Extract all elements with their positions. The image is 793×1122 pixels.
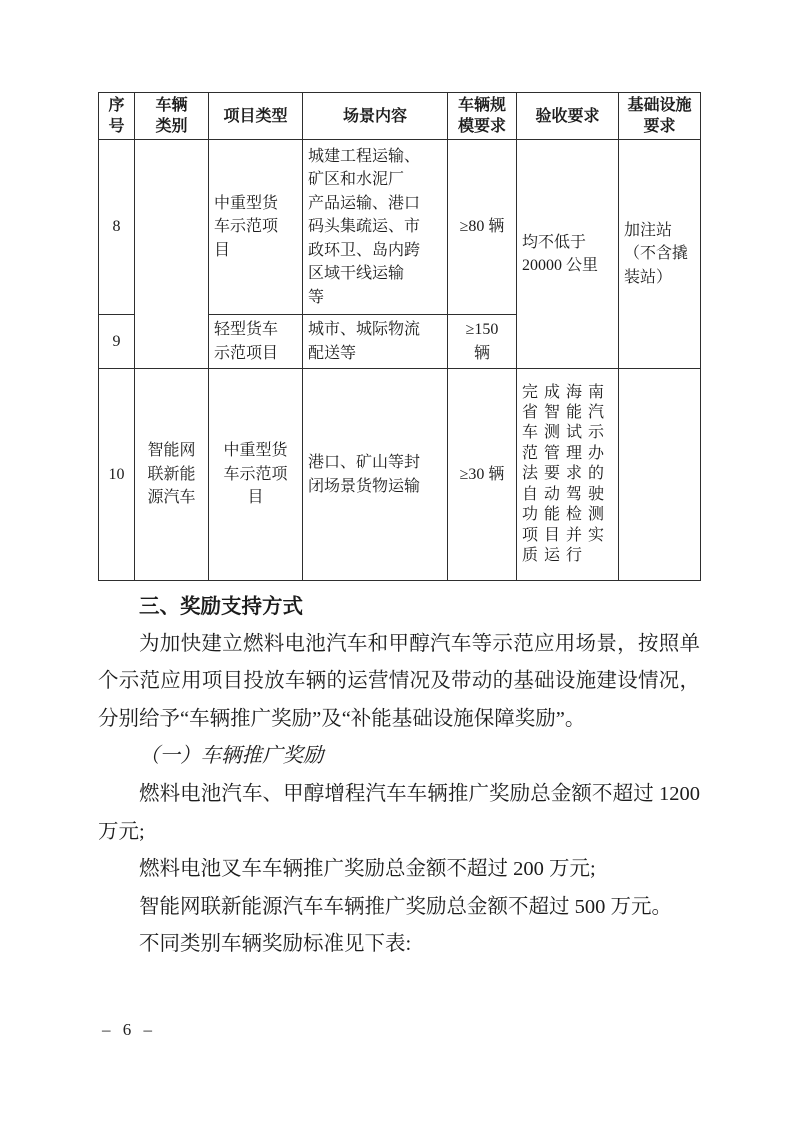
cell-infrastructure-requirement: 加注站 （不含撬 装站） [619, 140, 701, 369]
cell-project-type: 轻型货车 示范项目 [209, 315, 303, 369]
cell-scene-content: 城建工程运输、 矿区和水泥厂 产品运输、港口 码头集疏运、市 政环卫、岛内跨 区… [303, 140, 448, 315]
cell-infrastructure-requirement [619, 369, 701, 581]
page-number: – 6 – [102, 1020, 156, 1040]
section-body: 三、奖励支持方式 为加快建立燃料电池汽车和甲醇汽车等示范应用场景，按照单个示范应… [98, 588, 700, 964]
cell-vehicle-scale: ≥150 辆 [448, 315, 517, 369]
cell-scene-content: 城市、城际物流 配送等 [303, 315, 448, 369]
col-header-vehicle-category: 车辆 类别 [135, 93, 209, 140]
paragraph: 燃料电池叉车车辆推广奖励总金额不超过 200 万元; [98, 851, 700, 889]
col-header-serial-no: 序 号 [99, 93, 135, 140]
cell-serial-no: 8 [99, 140, 135, 315]
table-header-row: 序 号 车辆 类别 项目类型 场景内容 车辆规 模要求 验收要求 基础设施 要求 [99, 93, 701, 140]
table-row-10: 10 智能网 联新能 源汽车 中重型货 车示范项 目 港口、矿山等封 闭场景货物… [99, 369, 701, 581]
cell-vehicle-scale: ≥80 辆 [448, 140, 517, 315]
demo-projects-table: 序 号 车辆 类别 项目类型 场景内容 车辆规 模要求 验收要求 基础设施 要求… [98, 92, 701, 581]
cell-project-type: 中重型货 车示范项 目 [209, 140, 303, 315]
col-header-scene-content: 场景内容 [303, 93, 448, 140]
sub-section-heading: （一）车辆推广奖励 [98, 738, 700, 776]
cell-serial-no: 9 [99, 315, 135, 369]
col-header-acceptance-requirement: 验收要求 [517, 93, 619, 140]
cell-serial-no: 10 [99, 369, 135, 581]
cell-vehicle-category: 智能网 联新能 源汽车 [135, 369, 209, 581]
paragraph: 为加快建立燃料电池汽车和甲醇汽车等示范应用场景，按照单个示范应用项目投放车辆的运… [98, 626, 700, 739]
cell-vehicle-scale: ≥30 辆 [448, 369, 517, 581]
document-page: 序 号 车辆 类别 项目类型 场景内容 车辆规 模要求 验收要求 基础设施 要求… [0, 0, 793, 1122]
paragraph: 燃料电池汽车、甲醇增程汽车车辆推广奖励总金额不超过 1200 万元; [98, 776, 700, 851]
cell-vehicle-category [135, 140, 209, 369]
table-row-8: 8 中重型货 车示范项 目 城建工程运输、 矿区和水泥厂 产品运输、港口 码头集… [99, 140, 701, 315]
col-header-infrastructure-requirement: 基础设施 要求 [619, 93, 701, 140]
col-header-project-type: 项目类型 [209, 93, 303, 140]
cell-acceptance-requirement: 完成海南 省智能汽 车测试示 范管理办 法要求的 自动驾驶 功能检测 项目并实 … [517, 369, 619, 581]
cell-scene-content: 港口、矿山等封 闭场景货物运输 [303, 369, 448, 581]
col-header-vehicle-scale: 车辆规 模要求 [448, 93, 517, 140]
paragraph: 不同类别车辆奖励标准见下表: [98, 926, 700, 964]
paragraph: 智能网联新能源汽车车辆推广奖励总金额不超过 500 万元。 [98, 889, 700, 927]
cell-project-type: 中重型货 车示范项 目 [209, 369, 303, 581]
cell-acceptance-requirement: 均不低于 20000 公里 [517, 140, 619, 369]
section-heading: 三、奖励支持方式 [98, 588, 700, 626]
